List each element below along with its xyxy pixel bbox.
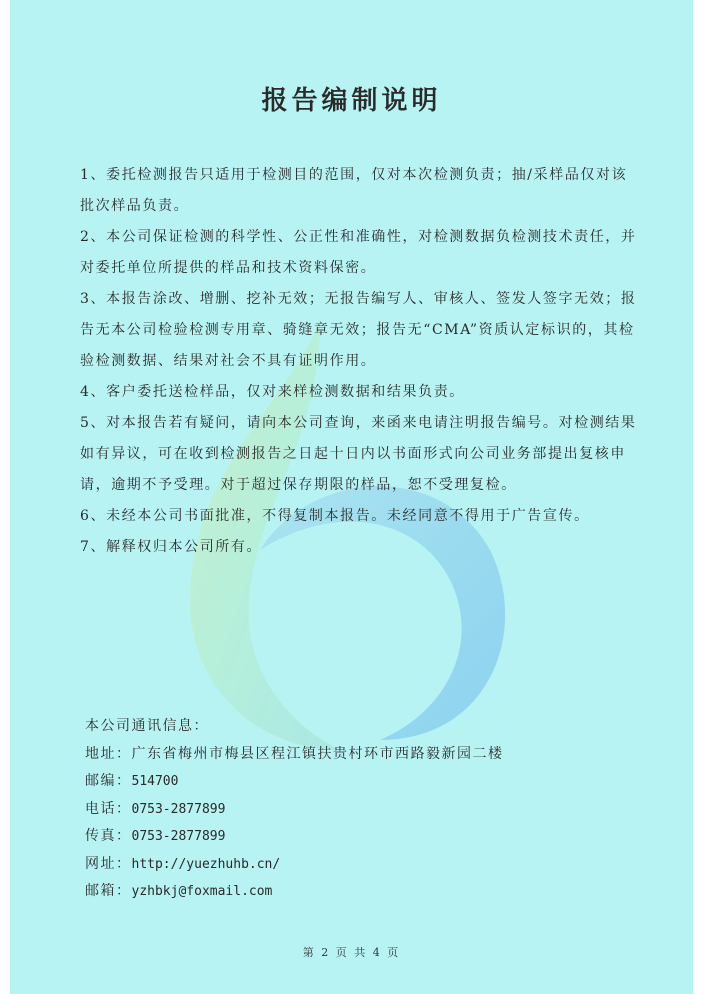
contact-phone: 电话：0753-2877899 bbox=[85, 796, 585, 824]
fax-value: 0753-2877899 bbox=[132, 829, 226, 844]
document-page: 报告编制说明 1、委托检测报告只适用于检测目的范围，仅对本次检测负责；抽/采样品… bbox=[0, 0, 703, 994]
phone-label: 电话： bbox=[85, 801, 132, 817]
clause-3: 3、本报告涂改、增删、挖补无效；无报告编写人、审核人、签发人签字无效；报告无本公… bbox=[80, 284, 640, 377]
contact-email: 邮箱：yzhbkj@foxmail.com bbox=[85, 878, 585, 906]
contact-website: 网址：http://yuezhuhb.cn/ bbox=[85, 851, 585, 879]
page-number: 第 2 页 共 4 页 bbox=[0, 944, 703, 960]
document-title: 报告编制说明 bbox=[0, 80, 703, 117]
contact-fax: 传真：0753-2877899 bbox=[85, 823, 585, 851]
email-label: 邮箱： bbox=[85, 883, 132, 899]
clauses-list: 1、委托检测报告只适用于检测目的范围，仅对本次检测负责；抽/采样品仅对该批次样品… bbox=[80, 160, 640, 563]
website-label: 网址： bbox=[85, 856, 132, 872]
scan-edge-right bbox=[693, 0, 703, 994]
clause-5: 5、对本报告若有疑问，请向本公司查询，来函来电请注明报告编号。对检测结果如有异议… bbox=[80, 408, 640, 501]
phone-value: 0753-2877899 bbox=[132, 802, 226, 817]
clause-1: 1、委托检测报告只适用于检测目的范围，仅对本次检测负责；抽/采样品仅对该批次样品… bbox=[80, 160, 640, 222]
clause-2: 2、本公司保证检测的科学性、公正性和准确性，对检测数据负检测技术责任，并对委托单… bbox=[80, 222, 640, 284]
email-link[interactable]: yzhbkj@foxmail.com bbox=[132, 884, 273, 899]
scan-edge-left bbox=[0, 0, 10, 994]
clause-7: 7、解释权归本公司所有。 bbox=[80, 532, 640, 563]
contact-heading: 本公司通讯信息： bbox=[85, 713, 585, 741]
postcode-value: 514700 bbox=[132, 774, 179, 789]
contact-info: 本公司通讯信息： 地址：广东省梅州市梅县区程江镇扶贵村环市西路毅新园二楼 邮编：… bbox=[85, 713, 585, 906]
website-link[interactable]: http://yuezhuhb.cn/ bbox=[132, 857, 281, 872]
contact-address: 地址：广东省梅州市梅县区程江镇扶贵村环市西路毅新园二楼 bbox=[85, 741, 585, 769]
clause-6: 6、未经本公司书面批准，不得复制本报告。未经同意不得用于广告宣传。 bbox=[80, 501, 640, 532]
clause-4: 4、客户委托送检样品，仅对来样检测数据和结果负责。 bbox=[80, 377, 640, 408]
address-label: 地址： bbox=[85, 746, 132, 762]
fax-label: 传真： bbox=[85, 828, 132, 844]
address-value: 广东省梅州市梅县区程江镇扶贵村环市西路毅新园二楼 bbox=[132, 746, 504, 762]
postcode-label: 邮编： bbox=[85, 773, 132, 789]
contact-postcode: 邮编：514700 bbox=[85, 768, 585, 796]
